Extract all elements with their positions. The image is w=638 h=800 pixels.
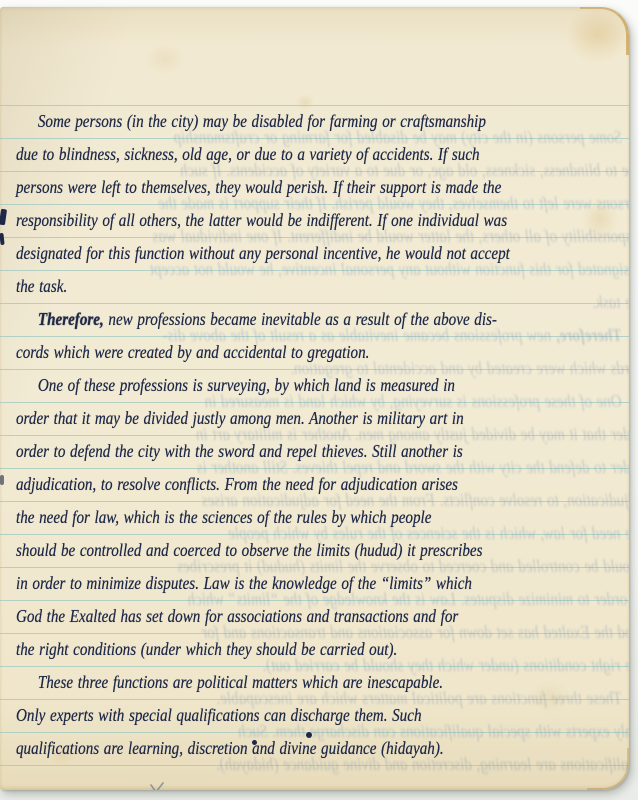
handwritten-text: Some persons (in the city) may be disabl…	[16, 105, 629, 765]
stray-pen-mark	[150, 781, 164, 790]
handwritten-line: the right conditions (under which they s…	[16, 633, 629, 666]
handwritten-line: One of these professions is surveying, b…	[16, 369, 629, 402]
handwritten-line: Some persons (in the city) may be disabl…	[16, 105, 629, 138]
handwritten-line: Therefore, new professions became inevit…	[16, 303, 629, 336]
handwritten-line: These three functions are political matt…	[16, 666, 629, 699]
handwritten-line: the task.	[16, 270, 629, 303]
handwritten-line: adjudication, to resolve conflicts. From…	[16, 468, 629, 501]
handwritten-line: Only experts with special qualifications…	[16, 699, 629, 732]
check-squiggle-icon	[150, 782, 164, 790]
handwritten-line: designated for this function without any…	[16, 237, 629, 270]
handwritten-line: persons were left to themselves, they wo…	[16, 171, 629, 204]
scan-background: Some persons (in the city) may be disabl…	[0, 0, 638, 800]
handwritten-line: cords which were created by and accident…	[16, 336, 629, 369]
handwritten-line: the need for law, which is the sciences …	[16, 501, 629, 534]
handwritten-line: order to defend the city with the sword …	[16, 435, 629, 468]
handwritten-line: God the Exalted has set down for associa…	[16, 600, 629, 633]
edge-ink-mark	[0, 209, 7, 226]
aged-corner-top-right	[580, 7, 629, 55]
edge-ink-mark	[0, 475, 4, 485]
handwritten-line: order that it may be divided justly amon…	[16, 402, 629, 435]
ink-blot	[252, 740, 257, 745]
handwritten-line: qualifications are learning, discretion …	[16, 732, 629, 765]
ink-blot	[306, 732, 312, 738]
handwritten-line: should be controlled and coerced to obse…	[16, 534, 629, 567]
edge-ink-mark	[0, 233, 5, 245]
notebook-page: Some persons (in the city) may be disabl…	[0, 7, 629, 790]
handwritten-line: responsibility of all others, the latter…	[16, 204, 629, 237]
ruled-line	[0, 765, 629, 766]
handwritten-line: due to blindness, sickness, old age, or …	[16, 138, 629, 171]
handwritten-line: in order to minimize disputes. Law is th…	[16, 567, 629, 600]
overwritten-word: Therefore,	[38, 309, 104, 329]
